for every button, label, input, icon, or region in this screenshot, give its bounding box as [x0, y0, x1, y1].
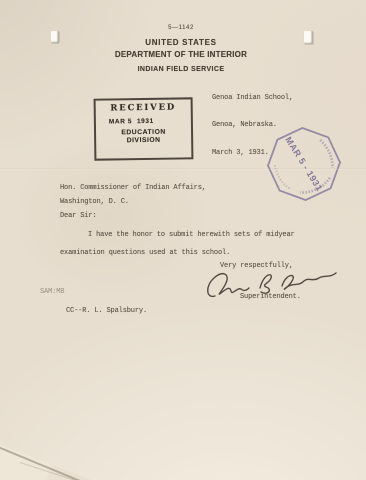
form-number: 5—1142 — [0, 25, 362, 31]
address-line-city: Washington, D. C. — [60, 198, 129, 207]
scanned-letter-page: 5—1142 UNITED STATES DEPARTMENT OF THE I… — [0, 0, 366, 480]
received-stamp-division-line2: DIVISION — [96, 136, 191, 144]
body-line-2: examination questions used at this schoo… — [60, 249, 230, 258]
salutation: Dear Sir: — [60, 212, 96, 221]
typist-initials: SAM:MB — [40, 288, 64, 297]
address-line-recipient: Hon. Commissioner of Indian Affairs, — [60, 184, 206, 193]
signature-typed-title: Superintendent. — [240, 293, 301, 302]
dateline-school: Genoa Indian School, — [212, 94, 293, 103]
octagon-date-stamp: MAR 5 - 1931 — [263, 123, 345, 205]
horizontal-crease — [0, 168, 366, 170]
cc-line: CC--R. L. Spalsbury. — [66, 307, 147, 316]
letterhead-department: DEPARTMENT OF THE INTERIOR — [0, 50, 362, 59]
letterhead-service: INDIAN FIELD SERVICE — [0, 66, 362, 73]
received-stamp: RECEIVED MAR 5 1931 EDUCATION DIVISION — [94, 97, 194, 160]
received-stamp-date: MAR 5 1931 — [96, 117, 191, 125]
body-line-1: I have the honor to submit herewith sets… — [88, 231, 295, 240]
received-stamp-title: RECEIVED — [96, 102, 191, 113]
letterhead-country: UNITED STATES — [0, 38, 362, 47]
octagon-stamp-date: MAR 5 - 1931 — [283, 135, 324, 193]
corner-fold — [0, 441, 92, 480]
received-stamp-division-line1: EDUCATION — [96, 128, 191, 136]
